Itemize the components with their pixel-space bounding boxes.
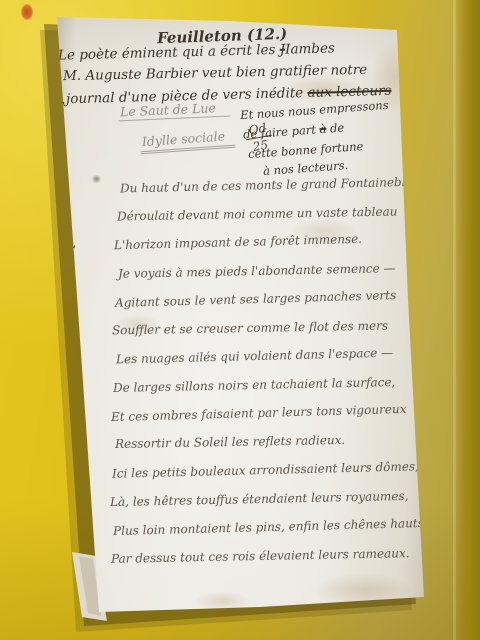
background-shadow-band bbox=[454, 0, 480, 640]
intro-line-2: M. Auguste Barbier veut bien gratifier n… bbox=[63, 62, 367, 84]
red-mark bbox=[21, 4, 33, 20]
poem-line: L'horizon imposant de sa forêt immense. bbox=[114, 232, 362, 252]
poem-line: Les nuages ailés qui volaient dans l'esp… bbox=[116, 346, 393, 367]
poem-line: Ressortir du Soleil les reflets radieux. bbox=[115, 433, 345, 451]
poem-line: Et ces ombres faisaient par leurs tons v… bbox=[111, 402, 407, 424]
pencil-title-line-2: Idylle sociale bbox=[139, 128, 235, 155]
poem-line: Du haut d'un de ces monts le grand Fonta… bbox=[120, 175, 428, 196]
intro-line-1-text: Le poète éminent qui a écrit les bbox=[58, 42, 280, 64]
photo-of-manuscript: Feuilleton (12.) Le poète éminent qui a … bbox=[0, 0, 480, 640]
poem-line: Souffler et se creuser comme le flot des… bbox=[112, 319, 388, 338]
aside-line-4: à nos lecteurs. bbox=[263, 158, 349, 178]
poem-line: De larges sillons noirs en tachaient la … bbox=[113, 375, 396, 395]
poem-line: Plus loin montaient les pins, enfin les … bbox=[113, 516, 424, 538]
poem-line: Je voyais à mes pieds l'abondante semenc… bbox=[118, 261, 396, 281]
intro-line-1-end: Iambes bbox=[285, 40, 335, 57]
poem-line: Déroulait devant moi comme un vaste tabl… bbox=[117, 205, 398, 224]
ink-fleck bbox=[92, 175, 101, 183]
poem-line: Ici les petits bouleaux arrondissaient l… bbox=[112, 459, 419, 480]
poem-line: Par dessus tout ces rois élevaient leurs… bbox=[111, 546, 410, 566]
intro-line-1: Le poète éminent qui a écrit les JIambes bbox=[58, 40, 335, 63]
poem-line: Là, les hêtres touffus étendaient leurs … bbox=[110, 489, 409, 509]
pencil-title-line-1: Le Saut de Lue bbox=[118, 100, 230, 122]
aside-line-2-end: de bbox=[326, 120, 345, 135]
paper-stain bbox=[196, 592, 250, 610]
poem-line: Agitant sous le vent ses larges panaches… bbox=[115, 288, 396, 310]
